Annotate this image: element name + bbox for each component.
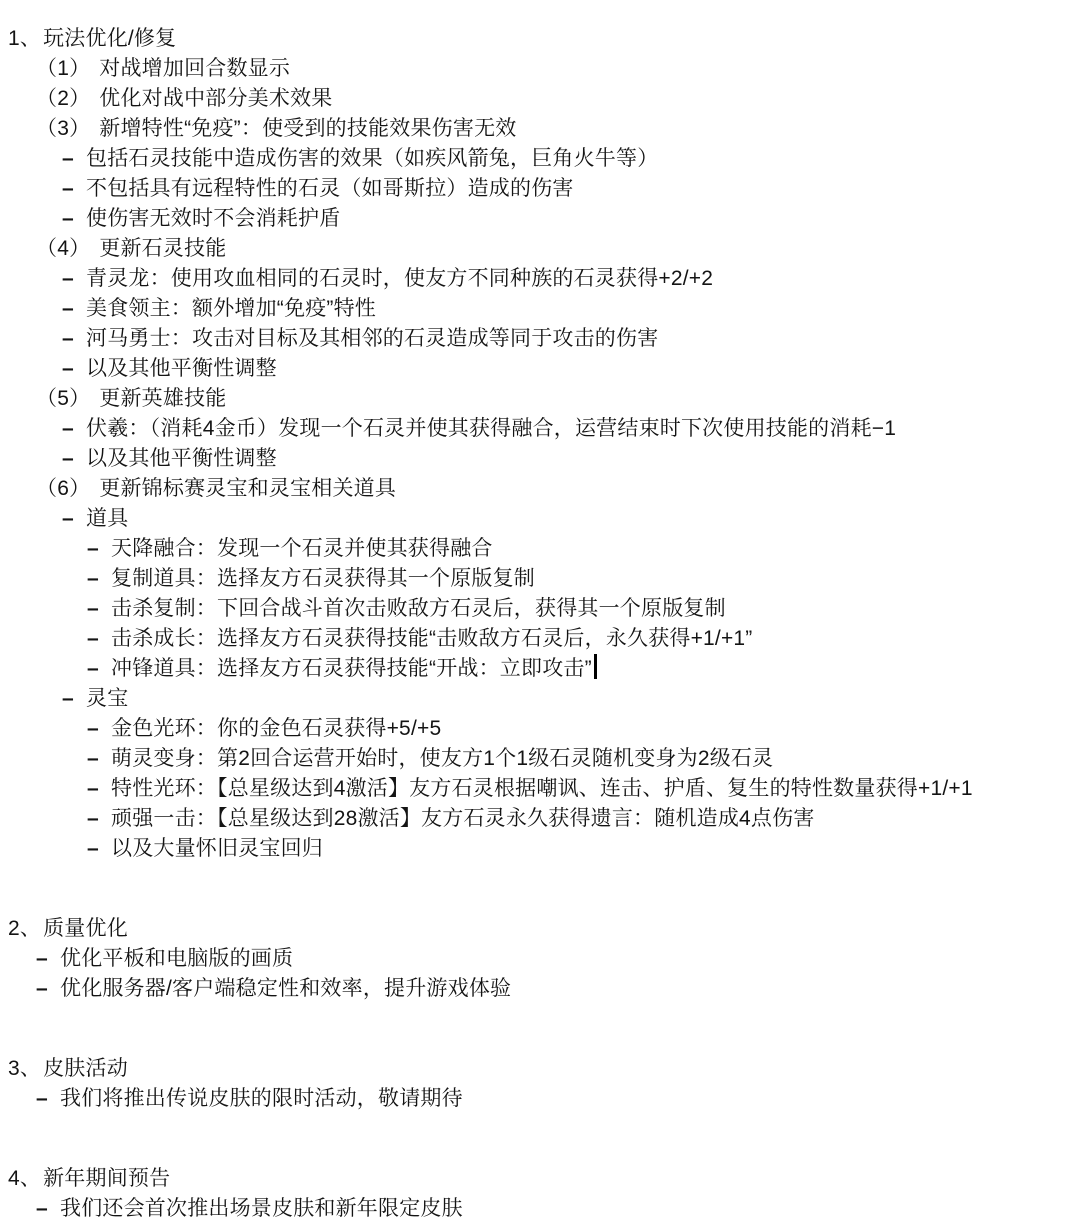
doc-line[interactable]: （1）对战增加回合数显示: [0, 54, 1080, 84]
document[interactable]: 1、玩法优化/修复（1）对战增加回合数显示（2）优化对战中部分美术效果（3）新增…: [0, 0, 1080, 1222]
bullet-dash: –: [62, 264, 86, 294]
line-text: 萌灵变身：第2回合运营开始时，使友方1个1级石灵随机变身为2级石灵: [111, 747, 773, 770]
bullet-dash: –: [62, 414, 86, 444]
line-text: 使伤害无效时不会消耗护盾: [86, 207, 340, 230]
doc-line[interactable]: 2、质量优化: [0, 914, 1080, 944]
doc-line[interactable]: –优化服务器/客户端稳定性和效率，提升游戏体验: [0, 974, 1080, 1004]
line-text: 包括石灵技能中造成伤害的效果（如疾风箭兔，巨角火牛等）: [86, 147, 658, 170]
text-cursor: [594, 654, 597, 679]
line-text: 河马勇士：攻击对目标及其相邻的石灵造成等同于攻击的伤害: [86, 327, 658, 350]
line-text: 顽强一击：【总星级达到28激活】友方石灵永久获得遗言：随机造成4点伤害: [111, 807, 815, 830]
doc-line[interactable]: –青灵龙：使用攻血相同的石灵时，使友方不同种族的石灵获得+2/+2: [0, 264, 1080, 294]
bullet-dash: –: [87, 834, 111, 864]
doc-line[interactable]: –以及其他平衡性调整: [0, 444, 1080, 474]
line-text: 以及其他平衡性调整: [86, 447, 277, 470]
doc-line[interactable]: 3、皮肤活动: [0, 1054, 1080, 1084]
doc-line[interactable]: –优化平板和电脑版的画质: [0, 944, 1080, 974]
list-number: （5）: [36, 387, 90, 410]
list-number: （2）: [36, 87, 90, 110]
bullet-dash: –: [36, 944, 60, 974]
line-text: 灵宝: [86, 687, 128, 710]
blank-line: [0, 1004, 1080, 1054]
doc-line[interactable]: –道具: [0, 504, 1080, 534]
line-text: 青灵龙：使用攻血相同的石灵时，使友方不同种族的石灵获得+2/+2: [86, 267, 713, 290]
list-number: （3）: [36, 117, 90, 140]
line-text: 玩法优化/修复: [43, 27, 176, 50]
list-number: 1、: [8, 27, 41, 50]
bullet-dash: –: [62, 684, 86, 714]
doc-line[interactable]: –特性光环：【总星级达到4激活】友方石灵根据嘲讽、连击、护盾、复生的特性数量获得…: [0, 774, 1080, 804]
doc-line[interactable]: –伏羲：（消耗4金币）发现一个石灵并使其获得融合，运营结束时下次使用技能的消耗−…: [0, 414, 1080, 444]
line-text: 金色光环：你的金色石灵获得+5/+5: [111, 717, 441, 740]
bullet-dash: –: [62, 354, 86, 384]
line-text: 道具: [86, 507, 128, 530]
line-text: 更新石灵技能: [99, 237, 226, 260]
bullet-dash: –: [87, 564, 111, 594]
doc-line[interactable]: 1、玩法优化/修复: [0, 24, 1080, 54]
line-text: 新增特性“免疫”：使受到的技能效果伤害无效: [99, 117, 516, 140]
doc-line[interactable]: （4）更新石灵技能: [0, 234, 1080, 264]
line-text: 美食领主：额外增加“免疫”特性: [86, 297, 376, 320]
bullet-dash: –: [62, 204, 86, 234]
doc-line[interactable]: –天降融合：发现一个石灵并使其获得融合: [0, 534, 1080, 564]
doc-line[interactable]: –金色光环：你的金色石灵获得+5/+5: [0, 714, 1080, 744]
doc-line[interactable]: –我们还会首次推出场景皮肤和新年限定皮肤: [0, 1194, 1080, 1222]
bullet-dash: –: [87, 804, 111, 834]
line-text: 优化平板和电脑版的画质: [60, 947, 293, 970]
line-text: 新年期间预告: [43, 1167, 170, 1190]
doc-line[interactable]: –我们将推出传说皮肤的限时活动，敬请期待: [0, 1084, 1080, 1114]
doc-line[interactable]: –灵宝: [0, 684, 1080, 714]
doc-line[interactable]: –美食领主：额外增加“免疫”特性: [0, 294, 1080, 324]
blank-line: [0, 1114, 1080, 1164]
bullet-dash: –: [36, 1084, 60, 1114]
line-text: 优化对战中部分美术效果: [99, 87, 332, 110]
line-text: 对战增加回合数显示: [99, 57, 290, 80]
bullet-dash: –: [62, 324, 86, 354]
bullet-dash: –: [62, 444, 86, 474]
line-text: 击杀成长：选择友方石灵获得技能“击败敌方石灵后，永久获得+1/+1”: [111, 627, 753, 650]
bullet-dash: –: [62, 504, 86, 534]
bullet-dash: –: [62, 294, 86, 324]
bullet-dash: –: [87, 594, 111, 624]
line-text: 以及其他平衡性调整: [86, 357, 277, 380]
bullet-dash: –: [36, 974, 60, 1004]
line-text: 我们将推出传说皮肤的限时活动，敬请期待: [60, 1087, 463, 1110]
doc-line[interactable]: （3）新增特性“免疫”：使受到的技能效果伤害无效: [0, 114, 1080, 144]
line-text: 以及大量怀旧灵宝回归: [111, 837, 323, 860]
doc-line[interactable]: –冲锋道具：选择友方石灵获得技能“开战：立即攻击”: [0, 654, 1080, 684]
line-text: 击杀复制：下回合战斗首次击败敌方石灵后，获得其一个原版复制: [111, 597, 726, 620]
bullet-dash: –: [87, 774, 111, 804]
doc-line[interactable]: –击杀成长：选择友方石灵获得技能“击败敌方石灵后，永久获得+1/+1”: [0, 624, 1080, 654]
doc-line[interactable]: –包括石灵技能中造成伤害的效果（如疾风箭兔，巨角火牛等）: [0, 144, 1080, 174]
line-text: 优化服务器/客户端稳定性和效率，提升游戏体验: [60, 977, 511, 1000]
doc-line[interactable]: –顽强一击：【总星级达到28激活】友方石灵永久获得遗言：随机造成4点伤害: [0, 804, 1080, 834]
line-text: 天降融合：发现一个石灵并使其获得融合: [111, 537, 493, 560]
list-number: （1）: [36, 57, 90, 80]
doc-line[interactable]: （6）更新锦标赛灵宝和灵宝相关道具: [0, 474, 1080, 504]
bullet-dash: –: [62, 174, 86, 204]
line-text: 皮肤活动: [43, 1057, 128, 1080]
doc-line[interactable]: –河马勇士：攻击对目标及其相邻的石灵造成等同于攻击的伤害: [0, 324, 1080, 354]
list-number: 2、: [8, 917, 41, 940]
bullet-dash: –: [87, 654, 111, 684]
line-text: 质量优化: [43, 917, 128, 940]
line-text: 我们还会首次推出场景皮肤和新年限定皮肤: [60, 1197, 463, 1220]
blank-line: [0, 864, 1080, 914]
bullet-dash: –: [87, 744, 111, 774]
line-text: 伏羲：（消耗4金币）发现一个石灵并使其获得融合，运营结束时下次使用技能的消耗−1: [86, 417, 896, 440]
doc-line[interactable]: 4、新年期间预告: [0, 1164, 1080, 1194]
line-text: 更新锦标赛灵宝和灵宝相关道具: [99, 477, 396, 500]
bullet-dash: –: [87, 534, 111, 564]
bullet-dash: –: [87, 714, 111, 744]
doc-line[interactable]: （2）优化对战中部分美术效果: [0, 84, 1080, 114]
doc-line[interactable]: –使伤害无效时不会消耗护盾: [0, 204, 1080, 234]
list-number: 4、: [8, 1167, 41, 1190]
doc-line[interactable]: –不包括具有远程特性的石灵（如哥斯拉）造成的伤害: [0, 174, 1080, 204]
line-text: 特性光环：【总星级达到4激活】友方石灵根据嘲讽、连击、护盾、复生的特性数量获得+…: [111, 777, 973, 800]
doc-line[interactable]: –以及其他平衡性调整: [0, 354, 1080, 384]
doc-line[interactable]: –以及大量怀旧灵宝回归: [0, 834, 1080, 864]
line-text: 不包括具有远程特性的石灵（如哥斯拉）造成的伤害: [86, 177, 574, 200]
line-text: 更新英雄技能: [99, 387, 226, 410]
list-number: （4）: [36, 237, 90, 260]
list-number: 3、: [8, 1057, 41, 1080]
bullet-dash: –: [62, 144, 86, 174]
doc-line[interactable]: –击杀复制：下回合战斗首次击败敌方石灵后，获得其一个原版复制: [0, 594, 1080, 624]
line-text: 复制道具：选择友方石灵获得其一个原版复制: [111, 567, 535, 590]
bullet-dash: –: [36, 1194, 60, 1222]
list-number: （6）: [36, 477, 90, 500]
doc-line[interactable]: –复制道具：选择友方石灵获得其一个原版复制: [0, 564, 1080, 594]
doc-line[interactable]: （5）更新英雄技能: [0, 384, 1080, 414]
bullet-dash: –: [87, 624, 111, 654]
line-text: 冲锋道具：选择友方石灵获得技能“开战：立即攻击”: [111, 657, 592, 680]
doc-line[interactable]: –萌灵变身：第2回合运营开始时，使友方1个1级石灵随机变身为2级石灵: [0, 744, 1080, 774]
